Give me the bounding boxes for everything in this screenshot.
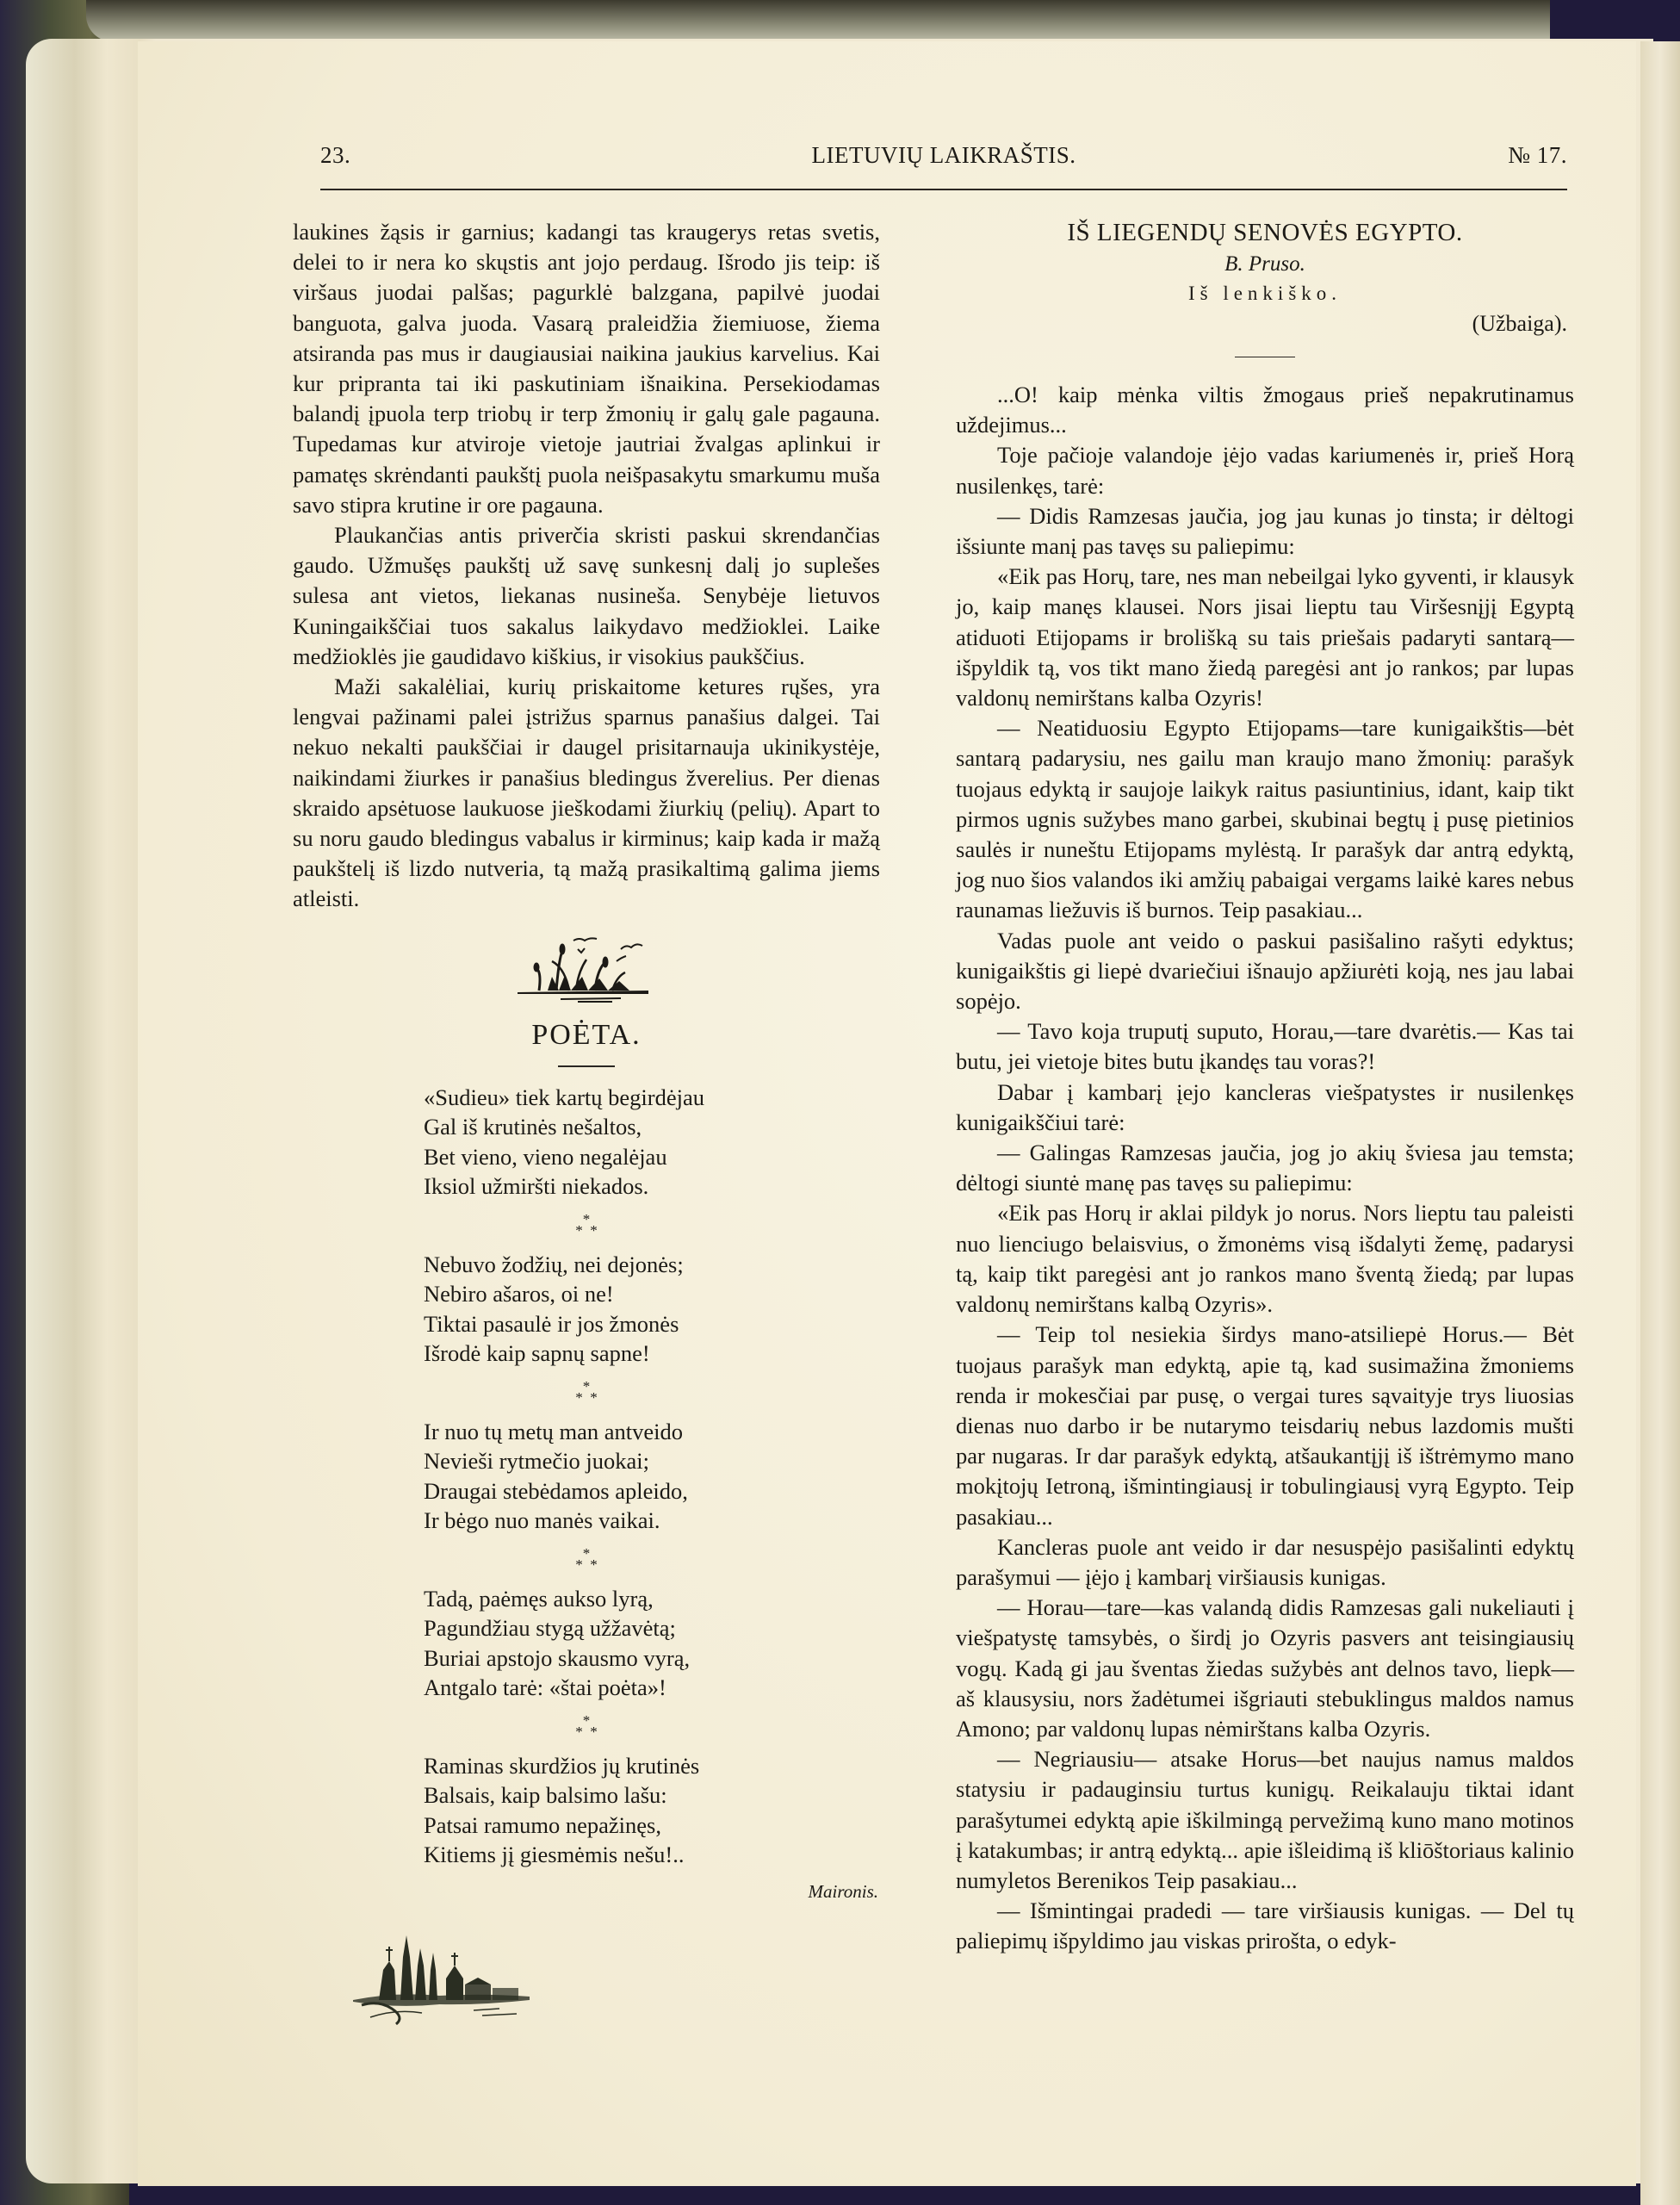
paragraph: — Tavo koja truputį suputo, Horau,—tare …: [956, 1016, 1574, 1077]
asterism-divider: ** *: [293, 1715, 880, 1737]
asterism-divider: ** *: [293, 1381, 880, 1403]
publication-title: LIETUVIŲ LAIKRAŠTIS.: [320, 142, 1567, 169]
poem-stanza: Ir nuo tų metų man antveido Nevieši rytm…: [424, 1417, 880, 1536]
poem-line: Nebuvo žodžių, nei dejonės;: [424, 1250, 880, 1280]
poem-line: Ir bėgo nuo manės vaikai.: [424, 1506, 880, 1536]
book-gutter: [1640, 41, 1680, 2205]
paragraph: Toje pačioje valandoje įėjo vadas karium…: [956, 440, 1574, 500]
paragraph: — Didis Ramzesas jaučia, jog jau kunas j…: [956, 501, 1574, 562]
article-title: IŠ LIEGENDŲ SENOVĖS EGYPTO.: [956, 217, 1574, 248]
header-rule: [320, 189, 1567, 190]
poem-line: Bet vieno, vieno negalėjau: [424, 1142, 880, 1172]
right-column: IŠ LIEGENDŲ SENOVĖS EGYPTO. B. Pruso. Iš…: [956, 217, 1574, 1957]
left-column: laukines žąsis ir garnius; kadangi tas k…: [293, 217, 880, 2026]
paragraph: Plaukančias antis priverčia skristi pask…: [293, 520, 880, 672]
article-rule: [1235, 357, 1295, 357]
poem-line: Antgalo tarė: «štai poėta»!: [424, 1673, 880, 1703]
poem-title: POĖTA.: [293, 1020, 880, 1050]
poem-stanza: Tadą, paėmęs aukso lyrą, Pagundžiau styg…: [424, 1584, 880, 1703]
poem-line: Nebiro ašaros, oi ne!: [424, 1279, 880, 1309]
poem-line: Pagundžiau stygą užžavėtą;: [424, 1613, 880, 1643]
poem-line: Patsai ramumo nepažinęs,: [424, 1811, 880, 1841]
poem-stanza: Raminas skurdžios jų krutinės Balsais, k…: [424, 1751, 880, 1870]
poem-line: Kitiems jį giesmėmis nešu!..: [424, 1840, 880, 1870]
poem-signature: Maironis.: [293, 1877, 878, 1907]
book-cover-top: [86, 0, 1550, 41]
poem-line: Raminas skurdžios jų krutinės: [424, 1751, 880, 1781]
paragraph: laukines žąsis ir garnius; kadangi tas k…: [293, 217, 880, 520]
asterism-divider: ** *: [293, 1548, 880, 1570]
asterism-divider: ** *: [293, 1214, 880, 1236]
title-rule: [558, 1065, 615, 1067]
paragraph: Dabar į kambarį įejo kancleras viešpatys…: [956, 1078, 1574, 1138]
paragraph: ...O! kaip mėnka viltis žmogaus prieš ne…: [956, 380, 1574, 440]
article-subtitle: Iš lenkiško.: [956, 281, 1574, 307]
running-header: 23. LIETUVIŲ LAIKRAŠTIS. № 17.: [320, 142, 1567, 177]
poem-line: Draugai stebėdamos apleido,: [424, 1476, 880, 1506]
paragraph: «Eik pas Horų, tare, nes man nebeilgai l…: [956, 562, 1574, 713]
article-author: B. Pruso.: [956, 248, 1574, 281]
paragraph: Kancleras puole ant veido ir dar nesuspė…: [956, 1532, 1574, 1593]
paragraph: — Neatiduosiu Egypto Etijopams—tare kuni…: [956, 713, 1574, 925]
paragraph: — Teip tol nesiekia širdys mano-atsiliep…: [956, 1320, 1574, 1531]
poem-line: Ir nuo tų metų man antveido: [424, 1417, 880, 1447]
paragraph: — Išmintingai pradedi — tare viršiausis …: [956, 1896, 1574, 1956]
poem-line: Iksiol užmiršti niekados.: [424, 1171, 880, 1202]
poem-line: «Sudieu» tiek kartų begirdėjau: [424, 1083, 880, 1113]
paragraph: — Negriausiu— atsake Horus—bet naujus na…: [956, 1744, 1574, 1896]
paragraph: Vadas puole ant veido o paskui pasišalin…: [956, 926, 1574, 1017]
poem-line: Išrodė kaip sapnų sapne!: [424, 1339, 880, 1369]
poem-line: Tadą, paėmęs aukso lyrą,: [424, 1584, 880, 1614]
reeds-and-birds-ornament-icon: [518, 934, 655, 1003]
paragraph: Maži sakalėliai, kurių priskaitome ketur…: [293, 672, 880, 915]
poem-line: Tiktai pasaulė ir jos žmonės: [424, 1309, 880, 1339]
village-church-ornament-icon: [344, 1931, 534, 2026]
poem-stanza: Nebuvo žodžių, nei dejonės; Nebiro ašaro…: [424, 1250, 880, 1369]
issue-number: № 17.: [1508, 142, 1567, 169]
paragraph: «Eik pas Horų ir aklai pildyk jo norus. …: [956, 1198, 1574, 1320]
paragraph: — Horau—tare—kas valandą didis Ramzesas …: [956, 1593, 1574, 1744]
poem-line: Gal iš krutinės nešaltos,: [424, 1112, 880, 1142]
poem-line: Buriai apstojo skausmo vyrą,: [424, 1643, 880, 1674]
poem-line: Nevieši rytmečio juokai;: [424, 1446, 880, 1476]
poem-line: Balsais, kaip balsimo lašu:: [424, 1780, 880, 1811]
article-continuation: (Užbaiga).: [956, 307, 1574, 341]
paragraph: — Galingas Ramzesas jaučia, jog jo akių …: [956, 1138, 1574, 1198]
poem-stanza: «Sudieu» tiek kartų begirdėjau Gal iš kr…: [424, 1083, 880, 1202]
